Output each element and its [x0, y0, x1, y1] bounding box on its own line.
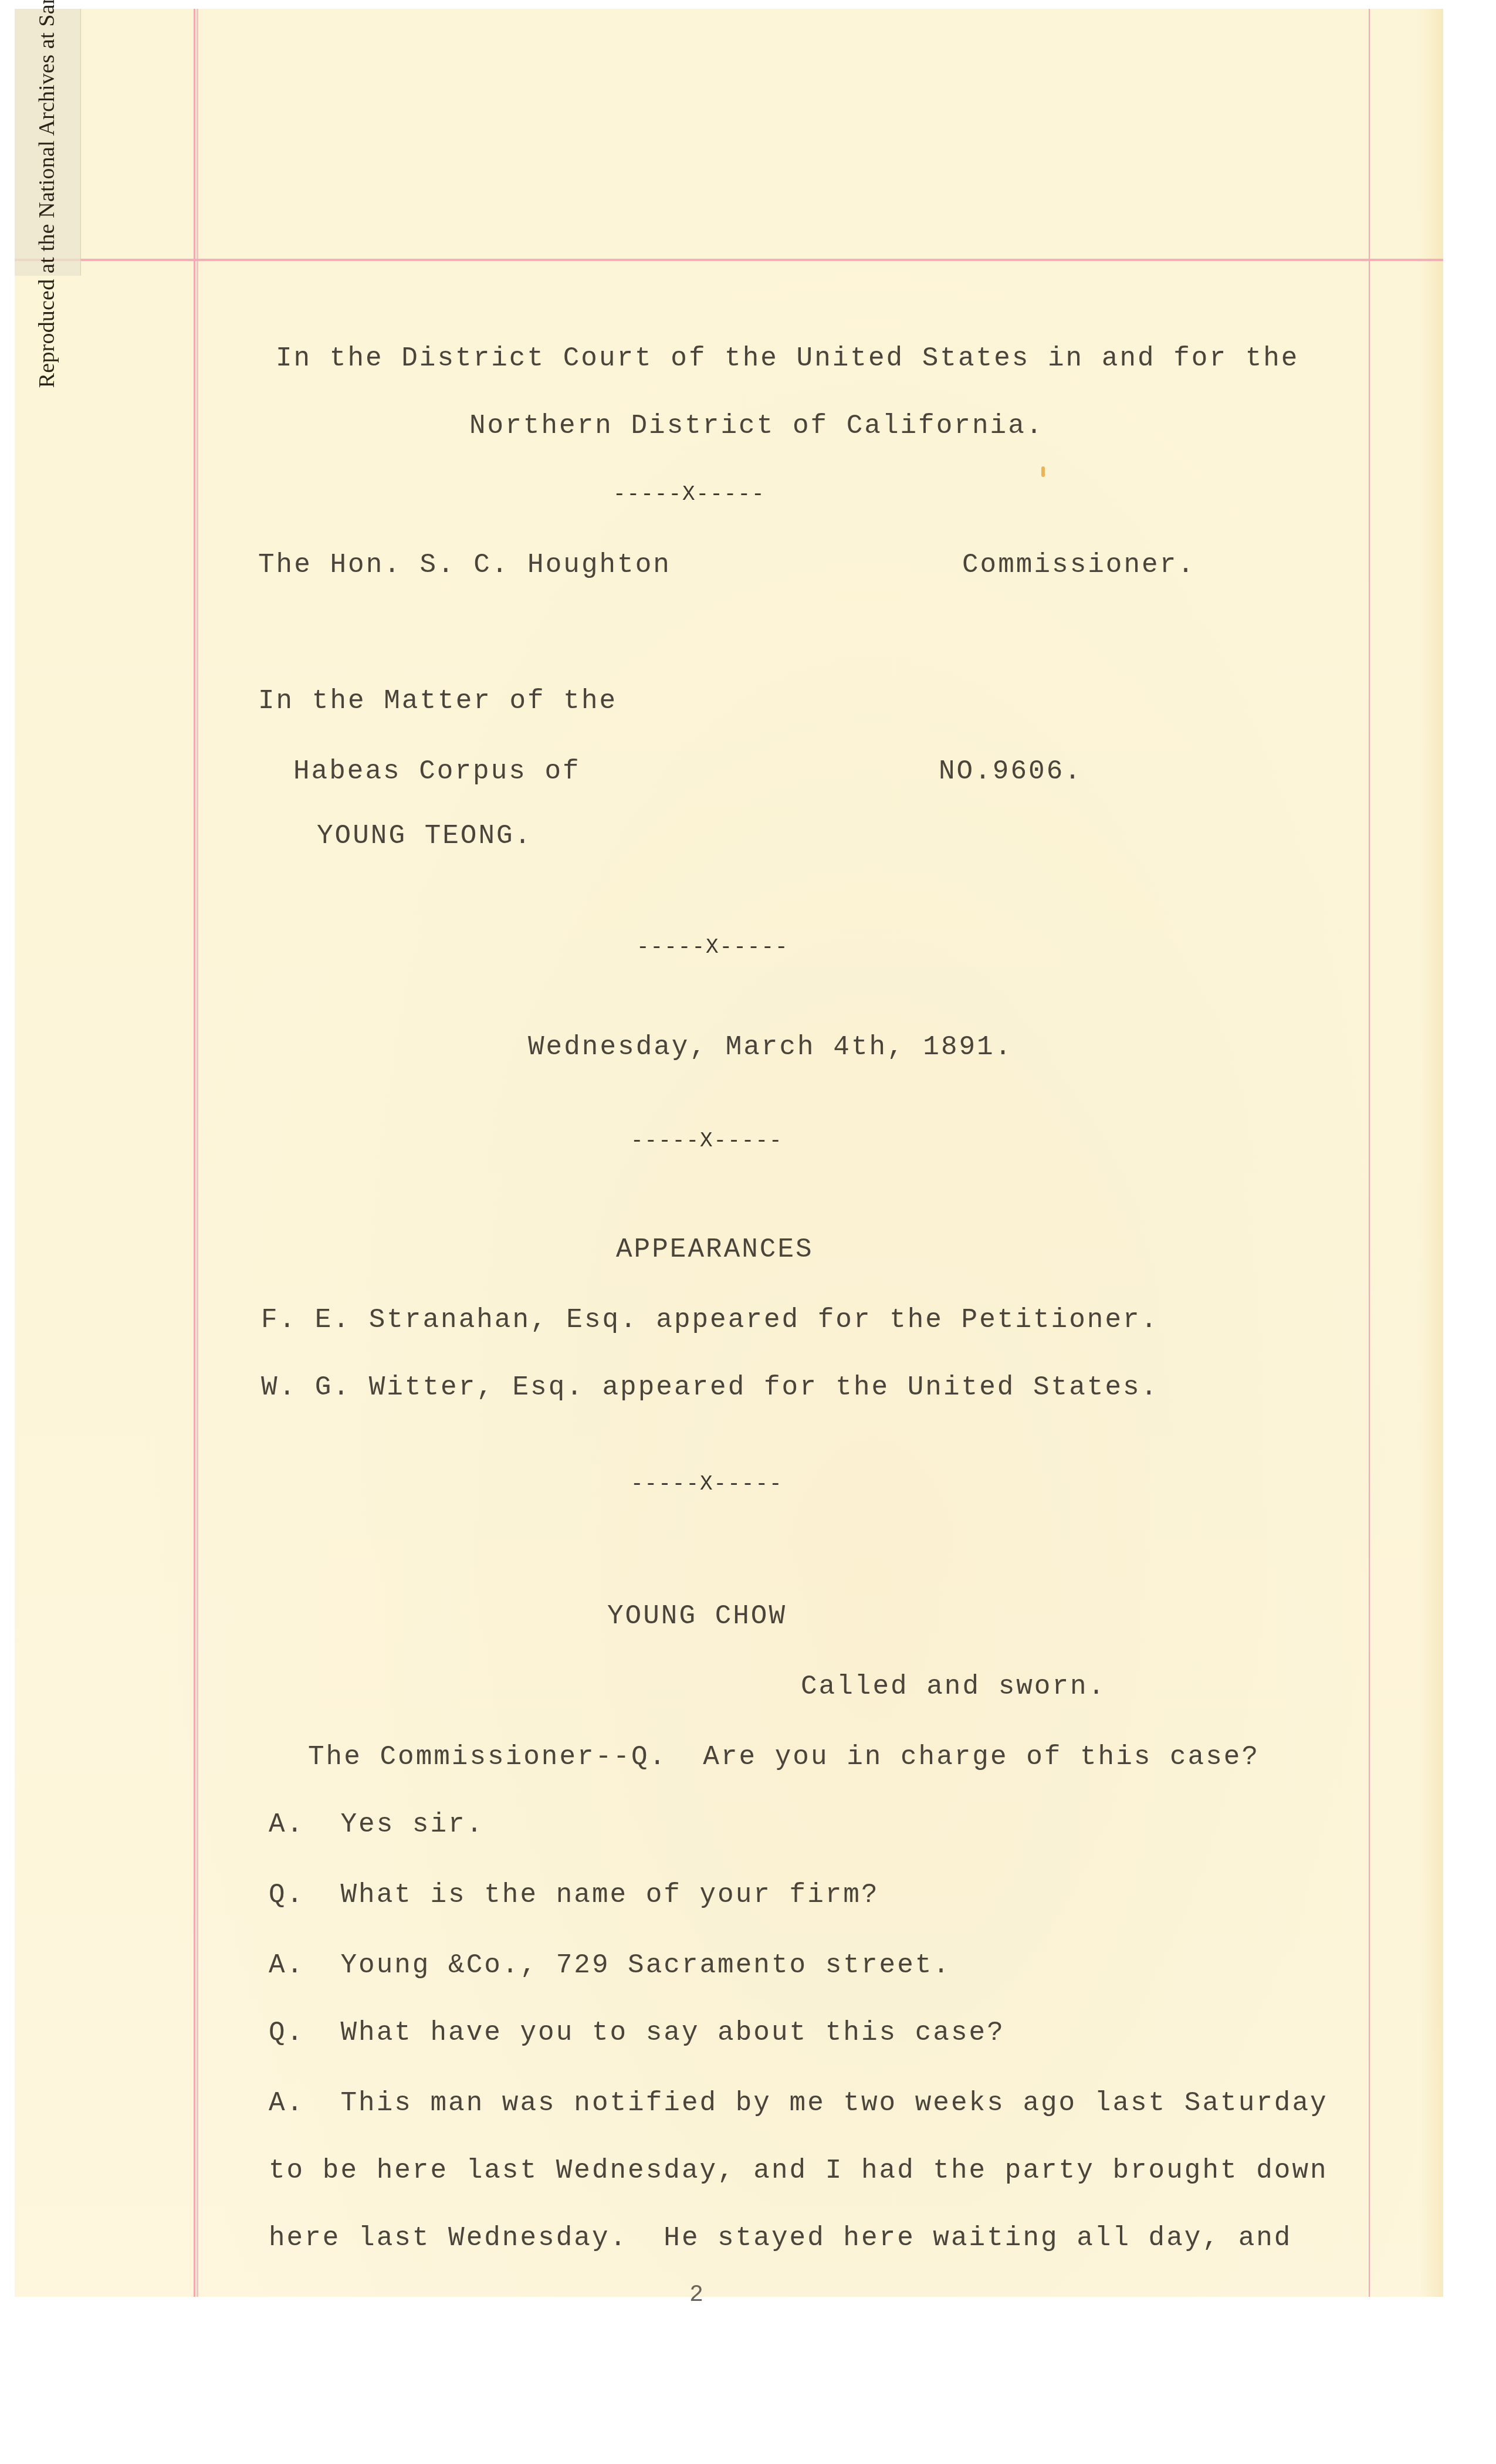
section-divider-4: -----X----- [631, 1474, 783, 1495]
sworn-note: Called and sworn. [801, 1673, 1106, 1700]
ink-spot [1041, 466, 1045, 477]
testimony-line: here last Wednesday. He stayed here wait… [269, 2225, 1292, 2252]
matter-line-1: In the Matter of the [258, 688, 617, 715]
appearances-heading: APPEARANCES [616, 1236, 814, 1263]
session-date: Wednesday, March 4th, 1891. [528, 1034, 1013, 1061]
testimony-line: Q. What is the name of your firm? [269, 1881, 879, 1908]
page-number: 2 [689, 2282, 703, 2309]
testimony-line: A. Yes sir. [269, 1811, 484, 1838]
archive-stamp: Reproduced at the National Archives at S… [34, 0, 60, 388]
testimony-line: to be here last Wednesday, and I had the… [269, 2157, 1328, 2184]
right-margin-rule [1369, 9, 1370, 2297]
court-line-2: Northern District of California. [469, 412, 1044, 439]
testimony-line: A. This man was notified by me two weeks… [269, 2090, 1328, 2117]
appearance-united-states: W. G. Witter, Esq. appeared for the Unit… [261, 1374, 1159, 1401]
paper-edge-shading [1420, 9, 1443, 2297]
testimony-line: A. Young &Co., 729 Sacramento street. [269, 1952, 951, 1979]
testimony-line: Q. What have you to say about this case? [269, 2019, 1005, 2046]
commissioner-name: The Hon. S. C. Houghton [258, 551, 671, 578]
matter-line-3: YOUNG TEONG. [317, 823, 532, 849]
witness-name: YOUNG CHOW [607, 1603, 787, 1630]
commissioner-title: Commissioner. [962, 551, 1196, 578]
left-margin-rule [194, 9, 195, 2297]
appearance-petitioner: F. E. Stranahan, Esq. appeared for the P… [261, 1307, 1159, 1333]
top-header-rule [15, 259, 1443, 261]
case-number: NO.9606. [939, 758, 1082, 785]
section-divider-3: -----X----- [631, 1131, 783, 1152]
matter-line-2: Habeas Corpus of [293, 758, 581, 785]
court-line-1: In the District Court of the United Stat… [276, 345, 1299, 372]
testimony-line: The Commissioner--Q. Are you in charge o… [308, 1744, 1260, 1771]
section-divider-1: -----X----- [613, 484, 766, 505]
section-divider-2: -----X----- [637, 937, 789, 958]
